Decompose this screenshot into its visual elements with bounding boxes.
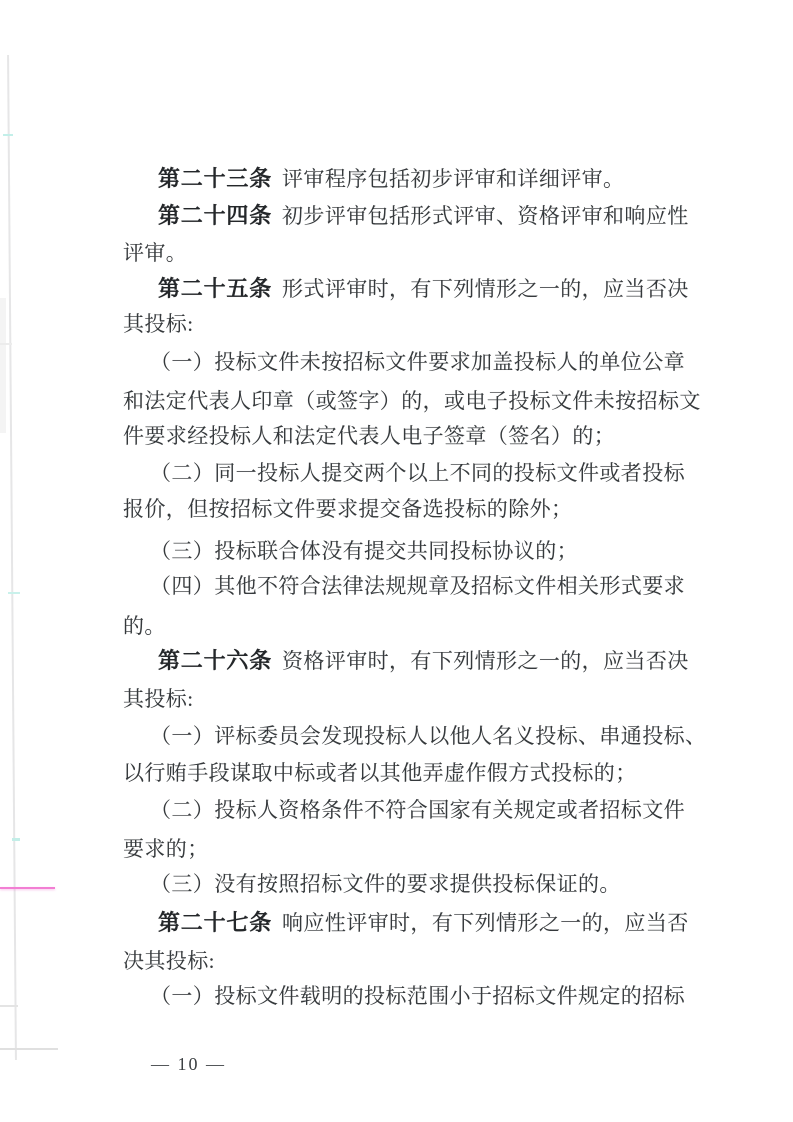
line-text: 决其投标: xyxy=(123,949,215,973)
scan-artifact-cyan-speck xyxy=(12,838,20,841)
line-text: 评审。 xyxy=(123,241,187,265)
scan-artifact-gray-line xyxy=(0,1005,18,1007)
article-number: 第二十四条 xyxy=(158,203,272,228)
text-line: 要求的； xyxy=(123,837,209,862)
line-text: （一）评标委员会发现投标人以他人名义投标、串通投标、 xyxy=(150,724,706,748)
text-line: 报价，但按招标文件要求提交备选投标的除外； xyxy=(123,497,572,522)
line-text: 其投标: xyxy=(123,312,193,336)
line-text: 的。 xyxy=(123,614,166,638)
scan-artifact-smudge xyxy=(0,298,6,433)
scanned-document-page: 第二十三条评审程序包括初步评审和详细评审。 第二十四条初步评审包括形式评审、资格… xyxy=(0,0,793,1122)
line-text: 评审程序包括初步评审和详细评审。 xyxy=(282,167,624,191)
line-text: 件要求经投标人和法定代表人电子签章（签名）的； xyxy=(123,424,615,448)
page-number: — 10 — xyxy=(151,1054,226,1075)
line-text: 以行贿手段谋取中标或者以其他弄虚作假方式投标的； xyxy=(123,761,637,785)
text-line-item-2: （二）同一投标人提交两个以上不同的投标文件或者投标 xyxy=(123,461,685,486)
line-text: 和法定代表人印章（或签字）的，或电子投标文件未按招标文 xyxy=(123,389,701,413)
article-number: 第二十七条 xyxy=(158,910,272,935)
article-number: 第二十三条 xyxy=(158,166,272,191)
line-text: （三）投标联合体没有提交共同投标协议的； xyxy=(150,539,578,563)
line-text: 初步评审包括形式评审、资格评审和响应性 xyxy=(282,204,689,228)
line-text: 资格评审时，有下列情形之一的，应当否决 xyxy=(282,649,689,673)
text-line: 决其投标: xyxy=(123,949,215,974)
text-line-article-25: 第二十五条形式评审时，有下列情形之一的，应当否决 xyxy=(123,276,689,302)
document-body: 第二十三条评审程序包括初步评审和详细评审。 第二十四条初步评审包括形式评审、资格… xyxy=(123,0,763,1122)
scan-artifact-pink-line xyxy=(0,887,55,889)
line-text: （一）投标文件载明的投标范围小于招标文件规定的招标 xyxy=(150,984,685,1008)
text-line: 其投标: xyxy=(123,312,193,337)
line-text: （二）投标人资格条件不符合国家有关规定或者招标文件 xyxy=(150,798,685,822)
text-line-item-3: （三）投标联合体没有提交共同投标协议的； xyxy=(123,539,578,564)
line-text: 其投标: xyxy=(123,687,193,711)
article-number: 第二十五条 xyxy=(158,276,272,301)
text-line: 其投标: xyxy=(123,687,193,712)
text-line-article-24: 第二十四条初步评审包括形式评审、资格评审和响应性 xyxy=(123,203,689,229)
line-text: （四）其他不符合法律法规规章及招标文件相关形式要求 xyxy=(150,574,685,598)
text-line-item-1: （一）投标文件载明的投标范围小于招标文件规定的招标 xyxy=(123,984,685,1009)
scan-artifact-cyan-speck xyxy=(8,592,20,594)
line-text: 响应性评审时，有下列情形之一的，应当否 xyxy=(282,911,689,935)
text-line-item-4: （四）其他不符合法律法规规章及招标文件相关形式要求 xyxy=(123,574,685,599)
text-line-item-3: （三）没有按照招标文件的要求提供投标保证的。 xyxy=(123,872,621,897)
text-line-item-1: （一）投标文件未按招标文件要求加盖投标人的单位公章 xyxy=(123,350,685,375)
line-text: （一）投标文件未按招标文件要求加盖投标人的单位公章 xyxy=(150,350,685,374)
line-text: （三）没有按照招标文件的要求提供投标保证的。 xyxy=(150,872,621,896)
text-line-article-27: 第二十七条响应性评审时，有下列情形之一的，应当否 xyxy=(123,910,689,936)
scan-artifact-edge-line xyxy=(7,55,17,1060)
line-text: 形式评审时，有下列情形之一的，应当否决 xyxy=(282,277,689,301)
text-line-item-1: （一）评标委员会发现投标人以他人名义投标、串通投标、 xyxy=(123,724,706,749)
text-line-article-26: 第二十六条资格评审时，有下列情形之一的，应当否决 xyxy=(123,648,689,674)
scan-artifact-gray-line xyxy=(0,1048,58,1050)
line-text: 报价，但按招标文件要求提交备选投标的除外； xyxy=(123,497,572,521)
text-line: 的。 xyxy=(123,614,166,639)
scan-artifact-cyan-speck xyxy=(3,134,13,136)
line-text: 要求的； xyxy=(123,837,209,861)
scan-artifact-gray-line xyxy=(0,343,12,345)
text-line: 以行贿手段谋取中标或者以其他弄虚作假方式投标的； xyxy=(123,761,637,786)
text-line: 评审。 xyxy=(123,241,187,266)
text-line: 件要求经投标人和法定代表人电子签章（签名）的； xyxy=(123,424,615,449)
text-line-article-23: 第二十三条评审程序包括初步评审和详细评审。 xyxy=(123,166,624,192)
line-text: （二）同一投标人提交两个以上不同的投标文件或者投标 xyxy=(150,461,685,485)
text-line-item-2: （二）投标人资格条件不符合国家有关规定或者招标文件 xyxy=(123,798,685,823)
article-number: 第二十六条 xyxy=(158,648,272,673)
text-line: 和法定代表人印章（或签字）的，或电子投标文件未按招标文 xyxy=(123,389,701,414)
